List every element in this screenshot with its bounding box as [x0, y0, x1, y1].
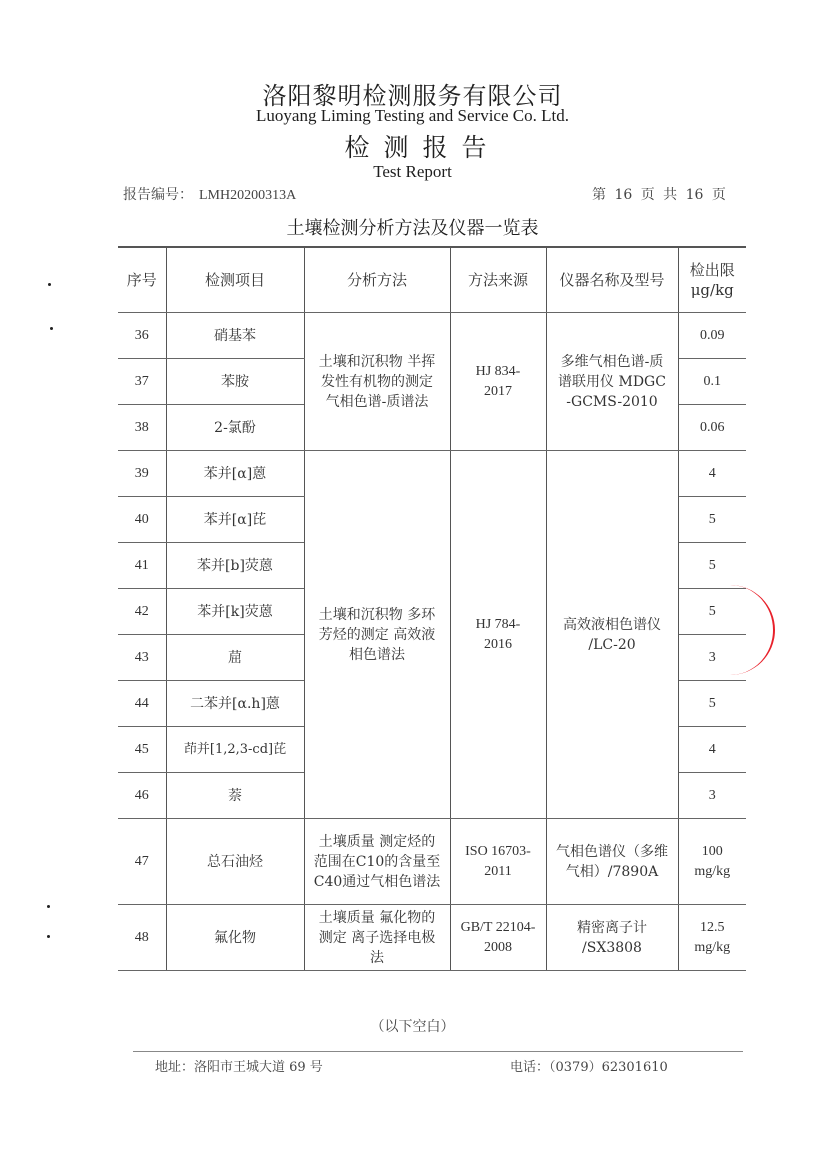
row-no: 38 — [118, 405, 166, 451]
row-limit: 100 mg/kg — [678, 819, 746, 905]
col-header-limit: 检出限μg/kg — [678, 247, 746, 313]
row-limit: 0.09 — [678, 313, 746, 359]
col-header-no: 序号 — [118, 247, 166, 313]
row-limit: 5 — [678, 497, 746, 543]
report-title-en: Test Report — [0, 162, 825, 182]
row-source: ISO 16703-2011 — [450, 819, 546, 905]
row-method: 土壤质量 氟化物的测定 离子选择电极法 — [304, 905, 450, 971]
row-no: 36 — [118, 313, 166, 359]
row-instrument: 气相色谱仪（多维气相）/7890A — [546, 819, 678, 905]
scan-speck — [47, 935, 50, 938]
row-method: 土壤和沉积物 多环芳烃的测定 高效液相色谱法 — [304, 451, 450, 819]
table-row: 47 总石油烃 土壤质量 测定烃的范围在C10的含量至C40通过气相色谱法 IS… — [118, 819, 746, 905]
row-limit: 0.06 — [678, 405, 746, 451]
row-method: 土壤质量 测定烃的范围在C10的含量至C40通过气相色谱法 — [304, 819, 450, 905]
table-row: 39 苯并[α]蒽 土壤和沉积物 多环芳烃的测定 高效液相色谱法 HJ 784-… — [118, 451, 746, 497]
row-source: GB/T 22104-2008 — [450, 905, 546, 971]
col-header-item: 检测项目 — [166, 247, 304, 313]
row-instrument: 多维气相色谱-质谱联用仪 MDGC-GCMS-2010 — [546, 313, 678, 451]
scan-speck — [47, 905, 50, 908]
table-row: 36 硝基苯 土壤和沉积物 半挥发性有机物的测定 气相色谱-质谱法 HJ 834… — [118, 313, 746, 359]
row-no: 48 — [118, 905, 166, 971]
row-item: 苯胺 — [166, 359, 304, 405]
row-instrument: 精密离子计 /SX3808 — [546, 905, 678, 971]
row-item: 苯并[k]荧蒽 — [166, 589, 304, 635]
col-header-source: 方法来源 — [450, 247, 546, 313]
table-row: 48 氟化物 土壤质量 氟化物的测定 离子选择电极法 GB/T 22104-20… — [118, 905, 746, 971]
table-title: 土壤检测分析方法及仪器一览表 — [0, 214, 825, 240]
report-number-label: 报告编号： — [123, 187, 193, 203]
row-no: 44 — [118, 681, 166, 727]
row-limit: 0.1 — [678, 359, 746, 405]
row-item: 䓛 — [166, 635, 304, 681]
seal-stamp-edge — [713, 585, 775, 675]
row-item: 2-氯酚 — [166, 405, 304, 451]
col-header-instrument: 仪器名称及型号 — [546, 247, 678, 313]
row-limit: 3 — [678, 773, 746, 819]
row-item: 二苯并[α.h]蒽 — [166, 681, 304, 727]
company-name-en: Luoyang Liming Testing and Service Co. L… — [0, 106, 825, 126]
row-item: 苯并[α]芘 — [166, 497, 304, 543]
scan-speck — [50, 327, 53, 330]
row-no: 47 — [118, 819, 166, 905]
row-no: 46 — [118, 773, 166, 819]
row-limit: 12.5 mg/kg — [678, 905, 746, 971]
table-header-row: 序号 检测项目 分析方法 方法来源 仪器名称及型号 检出限μg/kg — [118, 247, 746, 313]
row-limit: 4 — [678, 451, 746, 497]
report-number: 报告编号：LMH20200313A — [123, 184, 296, 204]
col-header-method: 分析方法 — [304, 247, 450, 313]
row-no: 41 — [118, 543, 166, 589]
row-no: 39 — [118, 451, 166, 497]
row-instrument: 高效液相色谱仪 /LC-20 — [546, 451, 678, 819]
methods-table: 序号 检测项目 分析方法 方法来源 仪器名称及型号 检出限μg/kg 36 硝基… — [118, 246, 746, 971]
report-number-value: LMH20200313A — [199, 188, 296, 203]
row-item: 茚并[1,2,3-cd]芘 — [166, 727, 304, 773]
row-item: 苯并[α]蒽 — [166, 451, 304, 497]
blank-below-note: （以下空白） — [0, 1016, 825, 1036]
row-source: HJ 784-2016 — [450, 451, 546, 819]
row-item: 萘 — [166, 773, 304, 819]
row-limit: 5 — [678, 543, 746, 589]
row-no: 45 — [118, 727, 166, 773]
row-no: 42 — [118, 589, 166, 635]
row-no: 43 — [118, 635, 166, 681]
row-source: HJ 834-2017 — [450, 313, 546, 451]
row-no: 37 — [118, 359, 166, 405]
scan-speck — [48, 283, 51, 286]
row-limit: 5 — [678, 681, 746, 727]
report-title-cn: 检测报告 — [0, 128, 825, 164]
footer-address: 地址：洛阳市王城大道 69 号 — [155, 1056, 323, 1075]
row-item: 总石油烃 — [166, 819, 304, 905]
row-method: 土壤和沉积物 半挥发性有机物的测定 气相色谱-质谱法 — [304, 313, 450, 451]
row-item: 氟化物 — [166, 905, 304, 971]
page-indicator: 第 16 页 共 16 页 — [592, 184, 726, 204]
row-item: 硝基苯 — [166, 313, 304, 359]
footer-divider — [133, 1051, 743, 1052]
footer-phone: 电话：（0379）62301610 — [510, 1056, 668, 1075]
row-item: 苯并[b]荧蒽 — [166, 543, 304, 589]
row-limit: 4 — [678, 727, 746, 773]
row-no: 40 — [118, 497, 166, 543]
